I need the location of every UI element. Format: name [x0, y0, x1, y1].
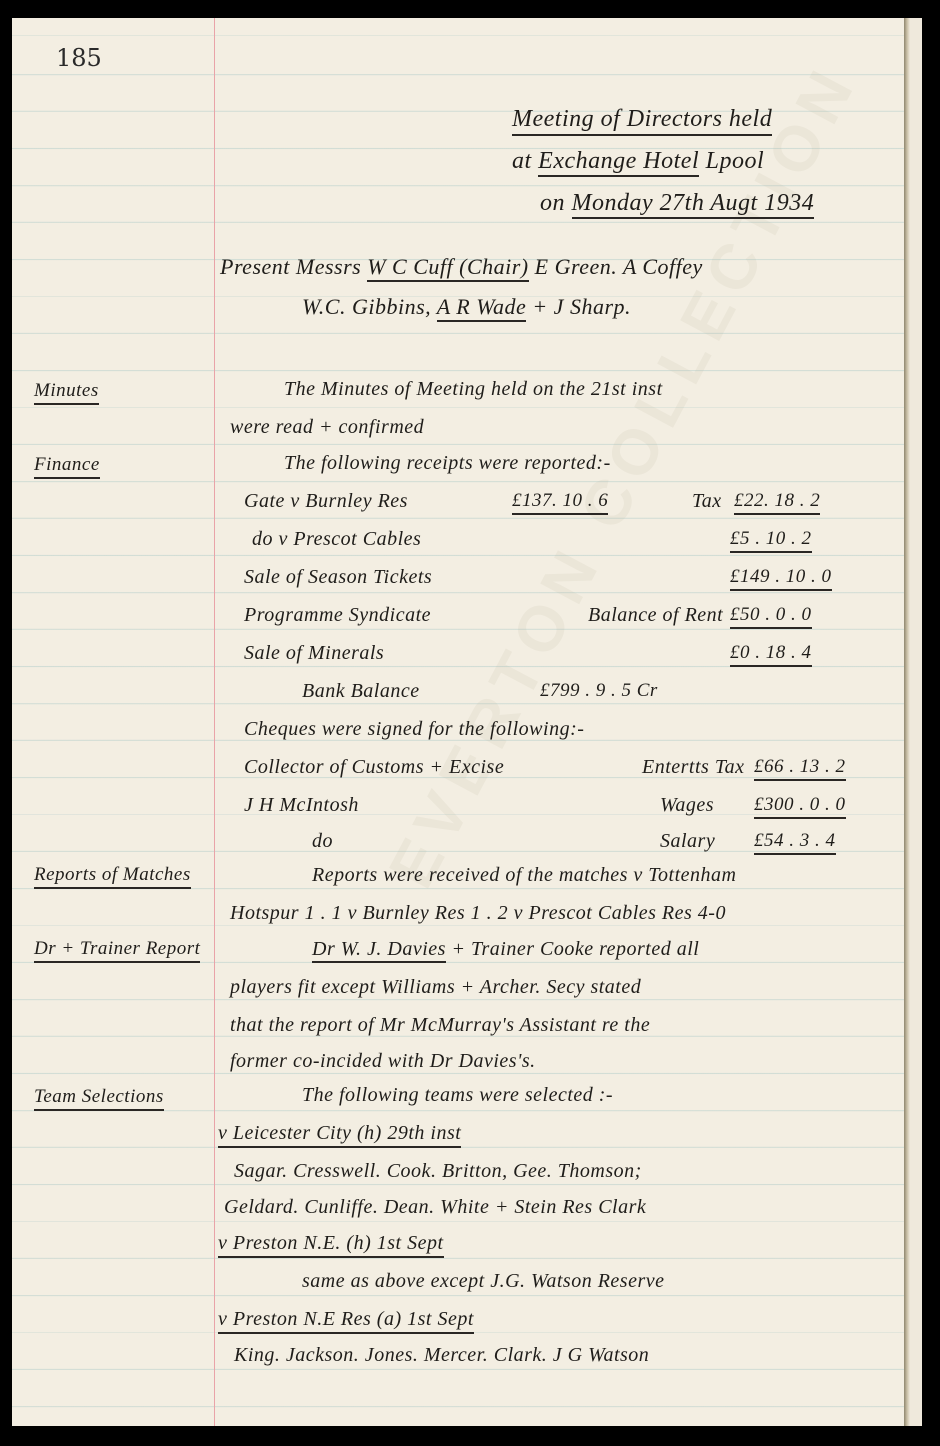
section-label-teams: Team Selections: [34, 1086, 164, 1111]
present-chair: W C Cuff (Chair): [367, 254, 528, 282]
section-label-minutes: Minutes: [34, 380, 99, 405]
heading-at: at: [512, 148, 532, 174]
teams-intro: The following teams were selected :-: [302, 1084, 613, 1107]
present-line-2: W.C. Gibbins, A R Wade + J Sharp.: [302, 294, 631, 320]
receipt-note: Tax: [692, 490, 722, 513]
section-label-doctor: Dr + Trainer Report: [34, 938, 200, 963]
fixture-title: v Preston N.E Res (a) 1st Sept: [218, 1308, 474, 1334]
receipt-desc: Sale of Minerals: [244, 642, 384, 665]
doctor-line-2: players fit except Williams + Archer. Se…: [230, 976, 641, 999]
present-prefix: Present Messrs: [220, 254, 361, 279]
heading-date-value: Monday 27th Augt 1934: [572, 190, 815, 219]
receipt-desc: Sale of Season Tickets: [244, 566, 432, 589]
reports-line-1: Reports were received of the matches v T…: [312, 864, 736, 887]
adjacent-page-edge: [904, 18, 922, 1426]
heading-date: on Monday 27th Augt 1934: [540, 190, 814, 217]
heading-city: Lpool: [706, 148, 765, 174]
page-number: 185: [56, 44, 102, 72]
fixture-players: Sagar. Cresswell. Cook. Britton, Gee. Th…: [234, 1160, 642, 1183]
receipt-desc: Gate v Burnley Res: [244, 490, 408, 513]
receipt-desc: Programme Syndicate: [244, 604, 431, 627]
receipt-note-amount: £50 . 0 . 0: [730, 604, 812, 629]
fixture-players: same as above except J.G. Watson Reserve: [302, 1270, 664, 1293]
finance-intro: The following receipts were reported:-: [284, 452, 611, 475]
cheque-payee: Collector of Customs + Excise: [244, 756, 504, 779]
cheques-intro: Cheques were signed for the following:-: [244, 718, 584, 741]
receipt-note-amount: £22. 18 . 2: [734, 490, 820, 515]
fixture-players: Geldard. Cunliffe. Dean. White + Stein R…: [224, 1196, 646, 1219]
heading-location: at Exchange Hotel Lpool: [512, 148, 764, 175]
doctor-line-3: that the report of Mr McMurray's Assista…: [230, 1014, 650, 1037]
heading-place: Exchange Hotel: [538, 148, 699, 177]
reports-line-2: Hotspur 1 . 1 v Burnley Res 1 . 2 v Pres…: [230, 902, 726, 925]
heading-on: on: [540, 190, 565, 216]
section-label-finance: Finance: [34, 454, 100, 479]
section-label-reports: Reports of Matches: [34, 864, 191, 889]
cheque-payee: do: [312, 830, 333, 853]
receipt-note-amount: £149 . 10 . 0: [730, 566, 832, 591]
present-wade: A R Wade: [437, 294, 527, 322]
cheque-payee: J H McIntosh: [244, 794, 359, 817]
present-gibbins: W.C. Gibbins,: [302, 294, 431, 319]
present-others: E Green. A Coffey: [535, 254, 703, 279]
present-line-1: Present Messrs W C Cuff (Chair) E Green.…: [220, 254, 703, 280]
cheque-amount: £66 . 13 . 2: [754, 756, 846, 781]
receipt-amount: £137. 10 . 6: [512, 490, 608, 515]
receipt-note-amount: £0 . 18 . 4: [730, 642, 812, 667]
present-sharp: + J Sharp.: [532, 294, 631, 319]
receipt-desc: do v Prescot Cables: [252, 528, 421, 551]
margin-line: [214, 18, 215, 1426]
receipt-note: Balance of Rent: [588, 604, 723, 627]
cheque-purpose: Entertts Tax: [642, 756, 745, 779]
fixture-players: King. Jackson. Jones. Mercer. Clark. J G…: [234, 1344, 649, 1367]
doctor-name: Dr W. J. Davies: [312, 938, 446, 963]
cheque-purpose: Wages: [660, 794, 714, 817]
doctor-line-4: former co-incided with Dr Davies's.: [230, 1050, 536, 1073]
bank-balance-label: Bank Balance: [302, 680, 420, 703]
minutes-line-1: The Minutes of Meeting held on the 21st …: [284, 378, 663, 401]
fixture-title: v Preston N.E. (h) 1st Sept: [218, 1232, 444, 1258]
bank-balance-value: £799 . 9 . 5 Cr: [540, 680, 658, 702]
cheque-amount: £300 . 0 . 0: [754, 794, 846, 819]
fixture-title: v Leicester City (h) 29th inst: [218, 1122, 461, 1148]
cheque-amount: £54 . 3 . 4: [754, 830, 836, 855]
doctor-line-1-rest: + Trainer Cooke reported all: [451, 938, 699, 960]
cheque-purpose: Salary: [660, 830, 715, 853]
doctor-line-1: Dr W. J. Davies + Trainer Cooke reported…: [312, 938, 699, 961]
receipt-note-amount: £5 . 10 . 2: [730, 528, 812, 553]
minutes-line-2: were read + confirmed: [230, 416, 424, 439]
heading-title: Meeting of Directors held: [512, 106, 772, 136]
ledger-page: EVERTON COLLECTION 185 Meeting of Direct…: [12, 18, 904, 1426]
